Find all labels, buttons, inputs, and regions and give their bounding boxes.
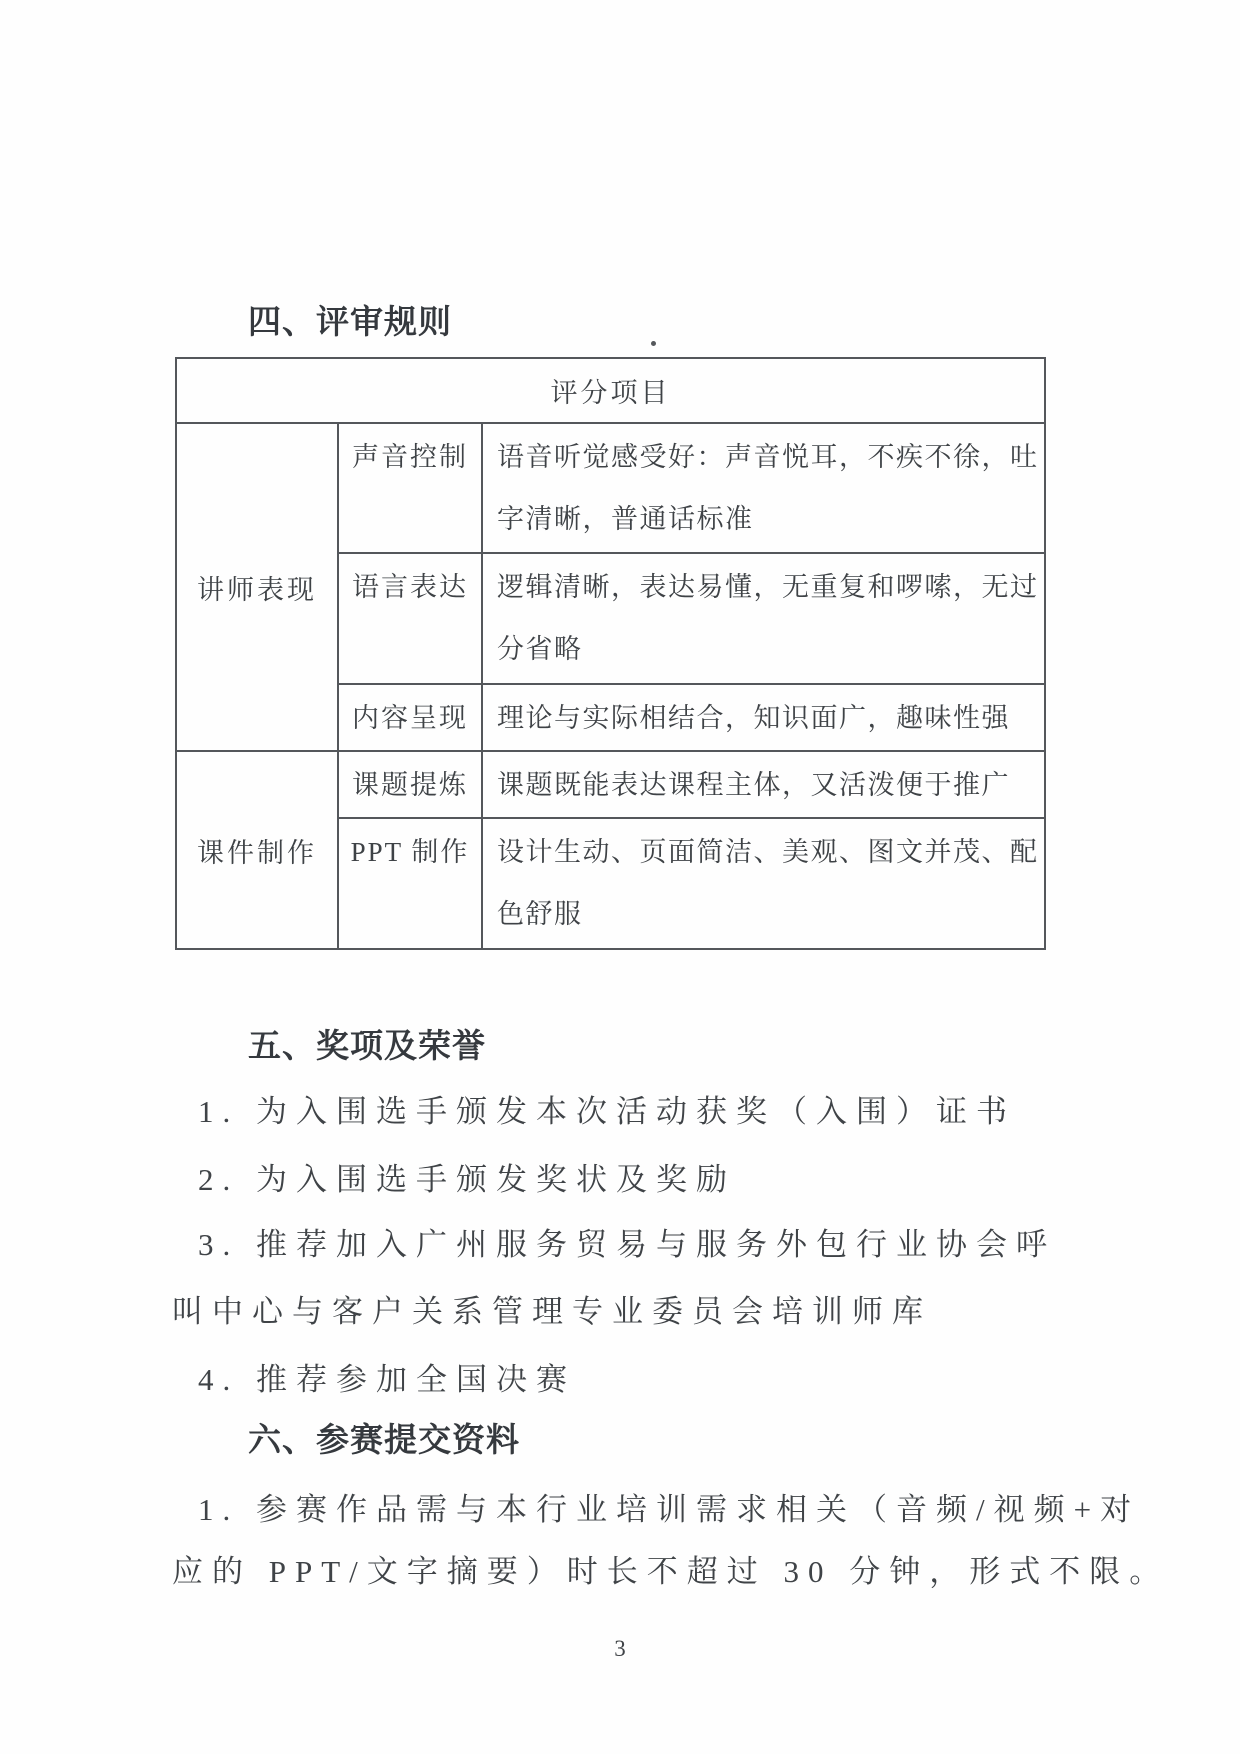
criteria-description-cell: 设计生动、页面简洁、美观、图文并茂、配 色舒服 <box>482 818 1045 949</box>
description-line: 理论与实际相结合，知识面广，趣味性强 <box>497 687 1036 749</box>
category-cell-courseware-production: 课件制作 <box>176 751 338 949</box>
section-heading-review-rules: 四、评审规则 <box>248 296 452 343</box>
description-line: 字清晰，普通话标准 <box>497 488 1036 550</box>
criteria-description-cell: 理论与实际相结合，知识面广，趣味性强 <box>482 684 1045 751</box>
submission-item-line: 应的 PPT/文字摘要）时长不超过 30 分钟，形式不限。 <box>172 1546 1169 1591</box>
description-line: 色舒服 <box>497 883 1036 945</box>
scan-artifact-dot <box>651 341 656 346</box>
award-item-line: 2. 为入围选手颁发奖状及奖励 <box>198 1154 736 1199</box>
scoring-table: 评分项目 讲师表现 声音控制 语音听觉感受好：声音悦耳，不疾不徐，吐 字清晰，普… <box>175 357 1046 950</box>
award-item-line: 4. 推荐参加全国决赛 <box>198 1354 576 1399</box>
scoring-table-header: 评分项目 <box>176 358 1045 423</box>
criteria-description-cell: 语音听觉感受好：声音悦耳，不疾不徐，吐 字清晰，普通话标准 <box>482 423 1045 553</box>
description-line: 课题既能表达课程主体，又活泼便于推广 <box>497 754 1036 816</box>
description-line: 分省略 <box>497 618 1036 680</box>
section-heading-submission: 六、参赛提交资料 <box>248 1414 520 1461</box>
document-page: 四、评审规则 评分项目 讲师表现 声音控制 语音听觉感受好：声音悦耳，不疾不徐，… <box>0 0 1240 1754</box>
criteria-cell-voice-control: 声音控制 <box>338 423 482 553</box>
criteria-cell-language-expression: 语言表达 <box>338 553 482 684</box>
criteria-cell-content-presentation: 内容呈现 <box>338 684 482 751</box>
award-item-line: 1. 为入围选手颁发本次活动获奖（入围）证书 <box>198 1086 1016 1131</box>
description-line: 设计生动、页面简洁、美观、图文并茂、配 <box>497 821 1036 883</box>
award-item-line: 叫中心与客户关系管理专业委员会培训师库 <box>172 1286 932 1331</box>
submission-item-line: 1. 参赛作品需与本行业培训需求相关（音频/视频+对 <box>198 1484 1140 1529</box>
criteria-description-cell: 逻辑清晰，表达易懂，无重复和啰嗦，无过 分省略 <box>482 553 1045 684</box>
criteria-cell-ppt-production: PPT 制作 <box>338 818 482 949</box>
section-heading-awards: 五、奖项及荣誉 <box>248 1020 486 1067</box>
description-line: 逻辑清晰，表达易懂，无重复和啰嗦，无过 <box>497 556 1036 618</box>
page-number: 3 <box>0 1636 1240 1662</box>
description-line: 语音听觉感受好：声音悦耳，不疾不徐，吐 <box>497 426 1036 488</box>
criteria-description-cell: 课题既能表达课程主体，又活泼便于推广 <box>482 751 1045 818</box>
category-cell-lecturer-performance: 讲师表现 <box>176 423 338 751</box>
award-item-line: 3. 推荐加入广州服务贸易与服务外包行业协会呼 <box>198 1219 1056 1264</box>
criteria-cell-topic-refining: 课题提炼 <box>338 751 482 818</box>
